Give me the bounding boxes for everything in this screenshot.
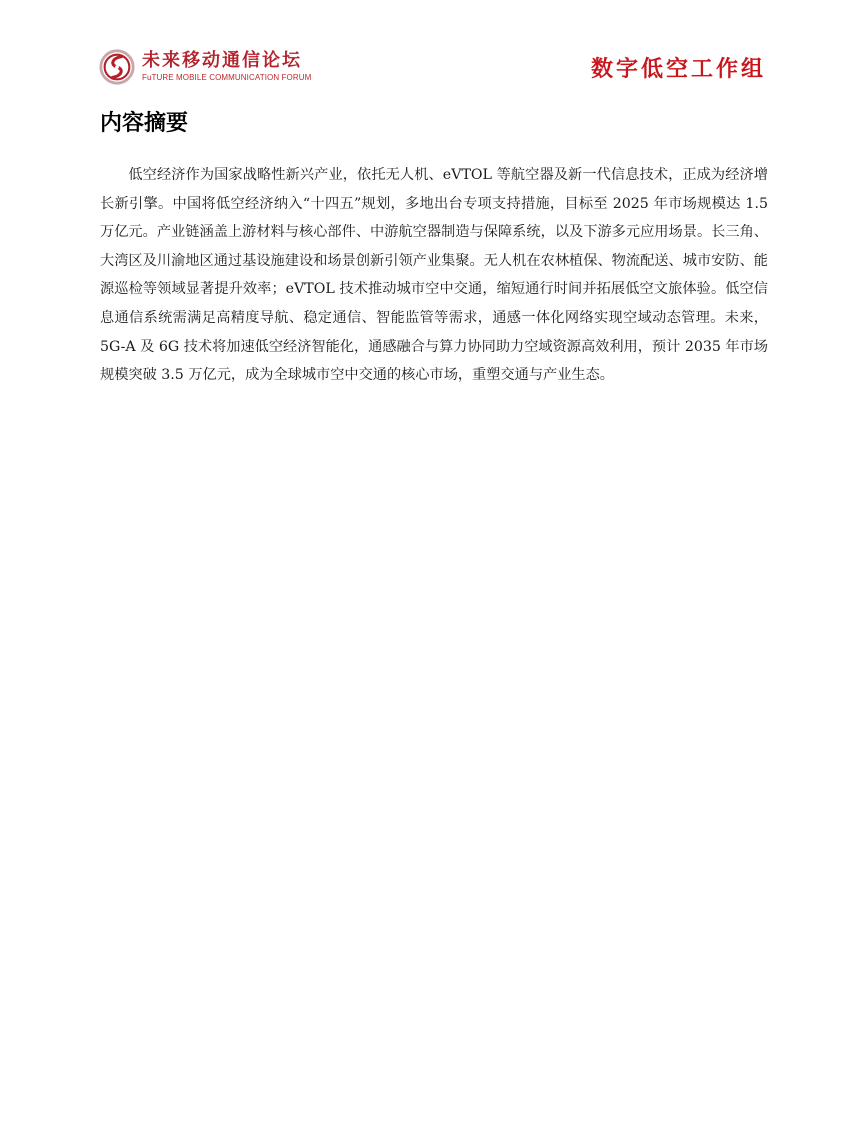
- working-group-title: 数字低空工作组: [591, 52, 766, 83]
- forum-name-cn: 未来移动通信论坛: [142, 52, 311, 70]
- page-header: 未来移动通信论坛 FuTURE MOBILE COMMUNICATION FOR…: [0, 0, 866, 100]
- forum-logo-icon: [98, 48, 136, 86]
- section-title: 内容摘要: [100, 106, 188, 137]
- forum-name-en: FuTURE MOBILE COMMUNICATION FORUM: [142, 74, 311, 82]
- abstract-paragraph: 低空经济作为国家战略性新兴产业，依托无人机、eVTOL 等航空器及新一代信息技术…: [100, 161, 768, 390]
- forum-logo: 未来移动通信论坛 FuTURE MOBILE COMMUNICATION FOR…: [98, 48, 311, 86]
